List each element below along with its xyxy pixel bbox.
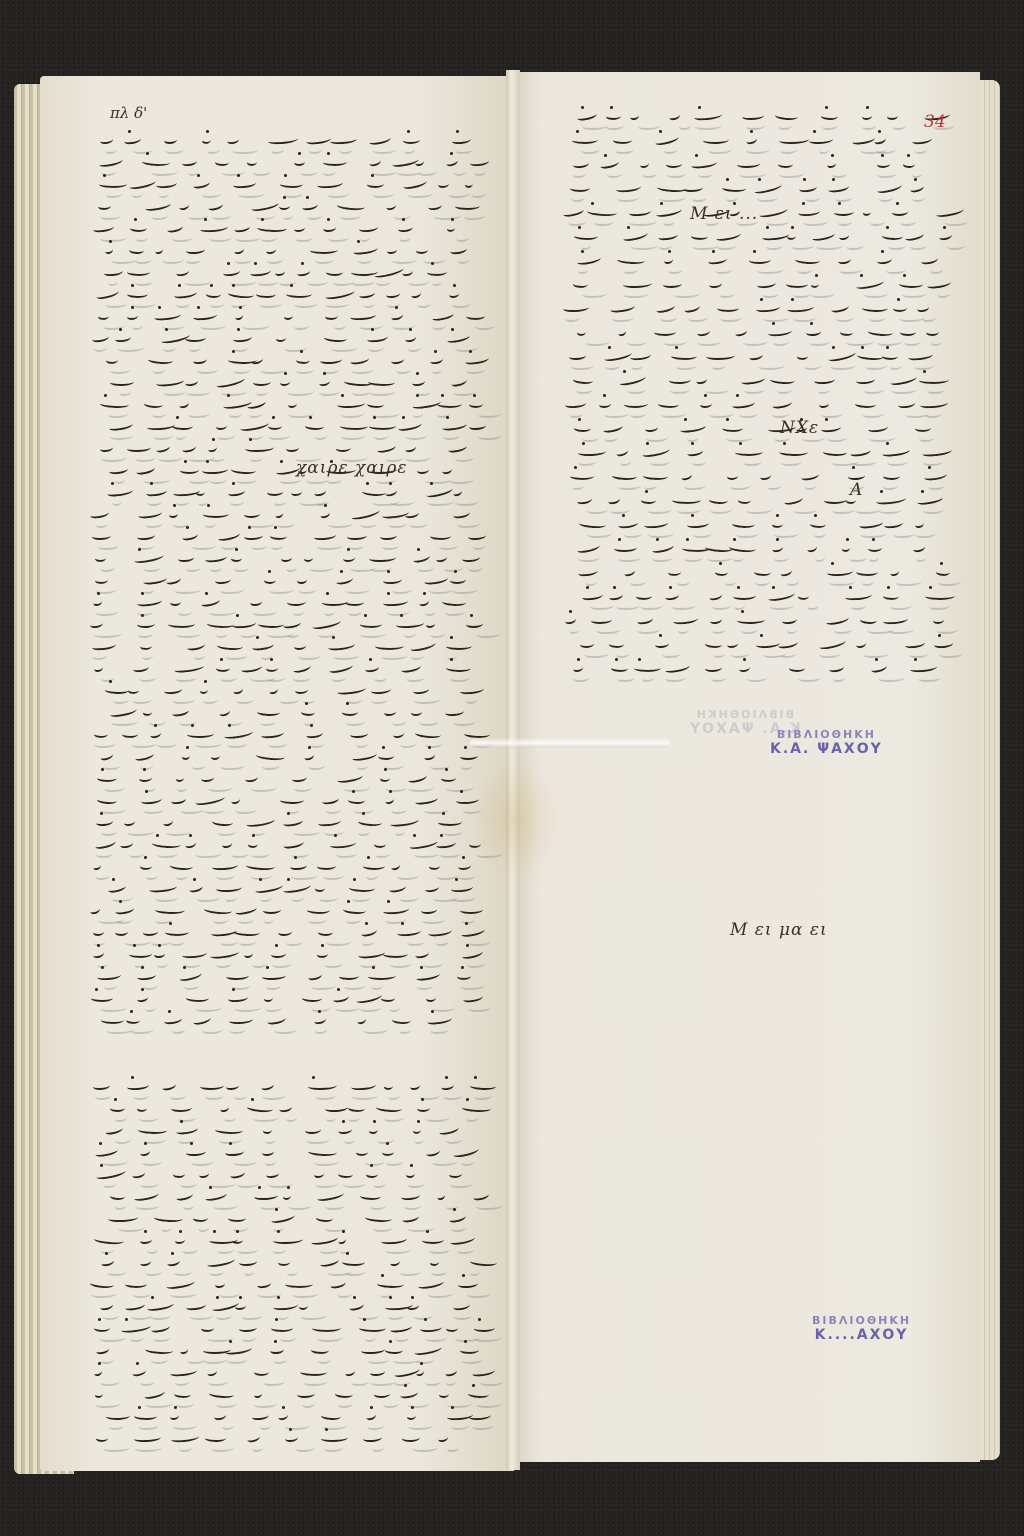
neume-mark [469, 400, 483, 409]
bleedthrough-mark [780, 146, 797, 154]
bleedthrough-mark [339, 146, 353, 154]
neume-mark [215, 1125, 243, 1135]
neume-mark [291, 488, 303, 496]
neume-mark [377, 1279, 404, 1289]
neume-mark [134, 1411, 157, 1420]
neume-mark [426, 1147, 442, 1157]
bleedthrough-mark [456, 234, 469, 242]
neume-mark [609, 639, 625, 649]
neume-mark [139, 861, 152, 870]
bleedthrough-mark [712, 362, 724, 370]
bleedthrough-mark [476, 1202, 503, 1210]
bleedthrough-mark [446, 1136, 462, 1144]
neume-dot [256, 636, 259, 639]
neume-mark [810, 519, 827, 529]
bleedthrough-mark [382, 542, 398, 550]
neume-dot [838, 202, 841, 205]
neume-mark [924, 592, 954, 601]
neume-dot [686, 538, 689, 541]
neume-mark [139, 1147, 150, 1156]
bleedthrough-mark [334, 322, 346, 330]
bleedthrough-mark [695, 122, 721, 130]
neume-mark [174, 289, 198, 299]
neume-mark [591, 616, 612, 624]
bleedthrough-mark [747, 674, 767, 682]
bleedthrough-mark [877, 170, 897, 178]
inline-text: Μ ει ... [690, 204, 758, 224]
neume-mark [587, 206, 618, 217]
neume-mark [437, 818, 461, 827]
bleedthrough-mark [447, 1444, 458, 1452]
neume-mark [821, 423, 842, 432]
neume-mark [809, 136, 833, 145]
bleedthrough-mark [392, 718, 407, 726]
neume-dot [453, 284, 456, 287]
neume-mark [119, 839, 133, 848]
neume-mark [424, 883, 438, 893]
bleedthrough-mark [631, 242, 659, 250]
neume-mark [899, 279, 923, 289]
bleedthrough-mark [260, 894, 273, 902]
bleedthrough-mark [687, 434, 699, 442]
neume-mark [305, 135, 331, 145]
bleedthrough-mark [344, 982, 367, 990]
neume-mark [819, 400, 829, 408]
neume-mark [818, 638, 846, 651]
neume-mark [574, 423, 591, 433]
water-stain [470, 760, 560, 880]
neume-dot [401, 922, 404, 925]
bleedthrough-mark [190, 1312, 214, 1320]
neume-mark [235, 1302, 246, 1310]
neume-mark [651, 542, 674, 554]
neume-mark [420, 1324, 442, 1333]
bleedthrough-mark [216, 1400, 237, 1408]
neume-mark [824, 496, 847, 504]
bleedthrough-mark [384, 1114, 404, 1122]
bleedthrough-mark [138, 1422, 159, 1430]
neume-mark [772, 543, 784, 552]
bleedthrough-mark [96, 850, 113, 858]
bleedthrough-mark [605, 362, 620, 370]
neume-mark [215, 157, 230, 167]
neume-dot [726, 418, 729, 421]
neume-mark [356, 1148, 369, 1157]
bleedthrough-mark [149, 718, 166, 726]
neume-dot [750, 130, 753, 133]
neume-dot [261, 218, 264, 221]
bleedthrough-mark [927, 386, 944, 394]
bleedthrough-mark [652, 554, 673, 562]
neume-mark [301, 201, 317, 211]
neume-mark [151, 1323, 171, 1334]
neume-mark [385, 1345, 403, 1354]
bleedthrough-mark [865, 362, 887, 370]
bleedthrough-mark [278, 1312, 290, 1320]
bleedthrough-mark [357, 762, 367, 770]
bleedthrough-mark [176, 300, 189, 308]
neume-mark [366, 399, 384, 409]
bleedthrough-mark [280, 1334, 297, 1342]
bleedthrough-mark [326, 1114, 336, 1122]
neume-mark [278, 928, 292, 936]
neume-mark [182, 443, 197, 453]
bleedthrough-mark [627, 386, 646, 394]
bleedthrough-mark [731, 650, 749, 658]
neume-mark [317, 950, 329, 959]
neume-dot [146, 152, 149, 155]
bleedthrough-mark [713, 650, 725, 658]
neume-mark [732, 399, 756, 409]
neume-dot [831, 562, 834, 565]
neume-mark [294, 224, 306, 232]
neume-mark [411, 708, 422, 716]
bleedthrough-mark [390, 960, 412, 968]
neume-mark [469, 1257, 496, 1268]
bleedthrough-mark [260, 366, 288, 374]
neume-mark [186, 1148, 207, 1156]
neume-mark [917, 494, 944, 505]
neume-mark [426, 620, 436, 628]
neume-dot [277, 1230, 280, 1233]
neume-mark [382, 1148, 395, 1157]
neume-mark [94, 1323, 111, 1332]
bleedthrough-mark [466, 1114, 479, 1122]
neume-mark [389, 883, 407, 894]
neume-mark [381, 993, 396, 1002]
neume-dot [109, 240, 112, 243]
neume-dot [346, 702, 349, 705]
neume-mark [460, 1346, 480, 1355]
neume-mark [106, 356, 119, 365]
neume-mark [370, 1368, 385, 1376]
neume-dot [119, 900, 122, 903]
bleedthrough-mark [462, 1356, 483, 1364]
bleedthrough-mark [470, 1268, 481, 1276]
bleedthrough-mark [233, 366, 251, 374]
bleedthrough-mark [205, 1092, 224, 1100]
bleedthrough-mark [155, 894, 177, 902]
neume-mark [775, 111, 799, 122]
neume-mark [920, 255, 938, 265]
bleedthrough-mark [827, 434, 846, 442]
neume-dot [290, 284, 293, 287]
bleedthrough-mark [115, 1202, 126, 1210]
bleedthrough-mark [902, 290, 927, 298]
bleedthrough-mark [358, 256, 373, 264]
neume-mark [201, 596, 221, 607]
bleedthrough-mark [915, 146, 928, 154]
neume-mark [202, 135, 212, 144]
neume-mark [570, 471, 594, 480]
neume-mark [147, 355, 173, 366]
neume-mark [321, 1434, 348, 1442]
neume-mark [709, 280, 722, 289]
bleedthrough-mark [110, 366, 130, 374]
neume-mark [278, 1103, 292, 1112]
bleedthrough-mark [308, 916, 328, 924]
neume-dot [451, 1406, 454, 1409]
neume-mark [216, 422, 227, 430]
neume-mark [164, 686, 183, 695]
bleedthrough-mark [569, 410, 583, 418]
bleedthrough-mark [793, 314, 816, 322]
bleedthrough-mark [157, 740, 177, 748]
neume-dot [903, 274, 906, 277]
neume-dot [737, 586, 740, 589]
neume-dot [582, 442, 585, 445]
bleedthrough-mark [712, 602, 731, 610]
neume-mark [93, 1082, 110, 1090]
bleedthrough-mark [94, 344, 107, 352]
bleedthrough-mark [333, 652, 359, 660]
neume-dot [144, 856, 147, 859]
neume-mark [464, 355, 489, 366]
neume-dot [266, 966, 269, 969]
neume-mark [618, 519, 639, 529]
neume-mark [669, 376, 691, 384]
neume-mark [193, 1213, 209, 1222]
bleedthrough-mark [104, 784, 125, 792]
neume-mark [358, 817, 382, 828]
bleedthrough-mark [725, 578, 736, 586]
neume-mark [130, 223, 147, 232]
bleedthrough-mark [644, 482, 657, 490]
neume-mark [97, 773, 118, 782]
neume-mark [342, 1257, 366, 1267]
neume-mark [360, 927, 377, 938]
neume-dot [623, 370, 626, 373]
bleedthrough-mark [294, 322, 309, 330]
bleedthrough-mark [604, 434, 618, 442]
neume-mark [115, 928, 128, 937]
bleedthrough-mark [262, 1092, 286, 1100]
neume-mark [107, 487, 134, 498]
bleedthrough-mark [450, 1180, 474, 1188]
neume-mark [380, 773, 391, 782]
bleedthrough-mark [267, 674, 285, 682]
neume-dot [134, 218, 137, 221]
bleedthrough-mark [265, 1136, 276, 1144]
neume-mark [827, 160, 836, 168]
neume-mark [139, 1257, 150, 1266]
neume-dot [914, 658, 917, 661]
bleedthrough-mark [283, 212, 294, 220]
neume-dot [216, 1296, 219, 1299]
bleedthrough-mark [662, 650, 681, 658]
neume-mark [273, 1301, 298, 1310]
bleedthrough-mark [476, 630, 501, 638]
neume-mark [314, 1170, 324, 1178]
bleedthrough-mark [233, 1158, 257, 1166]
neume-mark [472, 1367, 496, 1378]
neume-dot [274, 526, 277, 529]
bleedthrough-mark [260, 1422, 271, 1430]
neume-mark [296, 267, 310, 277]
bleedthrough-mark [407, 1400, 431, 1408]
neume-mark [348, 1103, 366, 1113]
neume-dot [284, 372, 287, 375]
neume-mark [389, 1323, 412, 1334]
neume-mark [92, 223, 114, 233]
neume-dot [229, 1142, 232, 1145]
neume-dot [832, 346, 835, 349]
neume-mark [205, 1190, 228, 1202]
neume-dot [275, 1208, 278, 1211]
neume-mark [239, 1324, 258, 1332]
neume-mark [90, 620, 103, 629]
neume-mark [708, 255, 728, 265]
bleedthrough-mark [373, 1180, 387, 1188]
neume-mark [749, 256, 771, 264]
neume-mark [445, 663, 470, 673]
neume-mark [636, 615, 653, 625]
bleedthrough-mark [100, 234, 127, 242]
neume-mark [137, 971, 157, 980]
neume-mark [415, 970, 440, 981]
neume-mark [250, 598, 262, 606]
neume-mark [91, 641, 115, 651]
neume-mark [304, 554, 314, 562]
bleedthrough-mark [571, 362, 594, 370]
neume-mark [375, 641, 404, 650]
neume-mark [368, 972, 396, 980]
bleedthrough-mark [629, 218, 657, 226]
stamp-line1: ΒΙΒΛΙΟΘΗΚΗ [812, 1314, 911, 1327]
bleedthrough-mark [317, 1334, 343, 1342]
neume-mark [253, 1367, 269, 1376]
neume-mark [788, 663, 804, 672]
neume-mark [827, 349, 856, 362]
bleedthrough-mark [222, 1422, 234, 1430]
neume-dot [186, 746, 189, 749]
neume-mark [779, 447, 808, 457]
neume-dot [450, 658, 453, 661]
neume-mark [254, 1192, 278, 1200]
neume-mark [199, 1170, 209, 1179]
neume-dot [407, 130, 410, 133]
neume-dot [695, 154, 698, 157]
neume-mark [317, 862, 337, 871]
bleedthrough-mark [279, 696, 300, 704]
neume-mark [222, 840, 232, 849]
bleedthrough-mark [288, 1202, 312, 1210]
neume-mark [168, 619, 196, 628]
bleedthrough-mark [832, 506, 854, 514]
bleedthrough-mark [893, 530, 915, 538]
bleedthrough-mark [235, 256, 251, 264]
neume-dot [381, 1274, 384, 1277]
bleedthrough-mark [265, 1004, 282, 1012]
neume-mark [431, 310, 454, 321]
bleedthrough-mark [173, 1422, 197, 1430]
bleedthrough-mark [262, 762, 280, 770]
neume-dot [478, 1318, 481, 1321]
bleedthrough-mark [878, 674, 905, 682]
bleedthrough-mark [428, 1290, 453, 1298]
neume-dot [417, 1120, 420, 1123]
neume-mark [427, 927, 452, 937]
neume-mark [273, 1236, 303, 1244]
neume-mark [823, 447, 847, 457]
bleedthrough-mark [225, 894, 237, 902]
bleedthrough-mark [324, 608, 335, 616]
bleedthrough-mark [133, 1092, 150, 1100]
neume-mark [94, 1234, 124, 1246]
bleedthrough-mark [97, 542, 119, 550]
neume-mark [368, 377, 396, 387]
neume-mark [656, 206, 683, 218]
neume-dot [943, 226, 946, 229]
bleedthrough-mark [892, 122, 906, 130]
bleedthrough-mark [715, 266, 732, 274]
bleedthrough-mark [711, 674, 726, 682]
bleedthrough-mark [94, 630, 122, 638]
neume-mark [330, 135, 358, 144]
bleedthrough-mark [345, 1268, 365, 1276]
neume-mark [138, 509, 163, 519]
bleedthrough-mark [115, 476, 125, 484]
neume-dot [719, 562, 722, 565]
bleedthrough-mark [176, 1400, 194, 1408]
neume-mark [250, 200, 279, 213]
bleedthrough-mark [211, 1444, 234, 1452]
neume-mark [874, 135, 887, 145]
neume-mark [172, 421, 193, 431]
neume-dot [402, 416, 405, 419]
neume-mark [415, 158, 425, 167]
bleedthrough-mark [793, 506, 817, 514]
neume-mark [285, 1279, 314, 1288]
bleedthrough-mark [135, 1202, 161, 1210]
bleedthrough-mark [572, 482, 585, 490]
bleedthrough-mark [467, 1290, 491, 1298]
neume-mark [415, 246, 428, 255]
bleedthrough-mark [455, 454, 474, 462]
neume-mark [356, 992, 383, 1005]
bleedthrough-mark [846, 242, 864, 250]
neume-mark [142, 707, 152, 716]
neume-dot [691, 514, 694, 517]
bleedthrough-mark [274, 498, 286, 506]
neume-mark [600, 158, 620, 169]
neume-mark [715, 567, 729, 577]
bleedthrough-mark [478, 432, 502, 440]
bleedthrough-mark [692, 194, 707, 202]
bleedthrough-mark [461, 1158, 474, 1166]
neume-mark [366, 1411, 377, 1421]
neume-mark [314, 883, 325, 892]
bleedthrough-mark [918, 674, 941, 682]
neume-mark [799, 183, 817, 192]
neume-dot [866, 106, 869, 109]
neume-mark [184, 377, 198, 386]
neume-dot [95, 988, 98, 991]
bleedthrough-mark [376, 278, 391, 286]
neume-mark [156, 377, 185, 387]
bleedthrough-mark [569, 626, 579, 634]
neume-dot [287, 878, 290, 881]
bleedthrough-mark [108, 278, 119, 286]
neume-dot [400, 614, 403, 617]
bleedthrough-mark [103, 1444, 130, 1452]
bleedthrough-mark [210, 476, 227, 484]
neume-mark [868, 544, 882, 553]
neume-mark [189, 883, 204, 893]
neume-mark [133, 552, 164, 565]
neume-mark [128, 245, 143, 255]
bleedthrough-mark [693, 530, 712, 538]
